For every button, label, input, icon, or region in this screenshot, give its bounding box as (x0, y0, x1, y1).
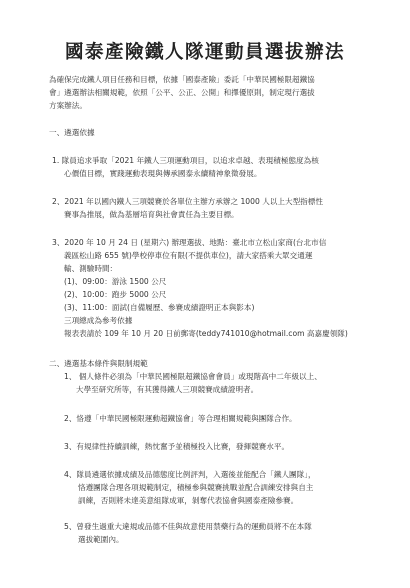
section-1-item-1-line-2: 心價值目標，實踐運動表現與傳承國泰永續精神象徵發展。 (64, 167, 261, 180)
section-2-item-4-line-1: 4、隊員遴選依據成績及品德態度比例評判，入選後並能配合「鐵人團隊」， (64, 468, 316, 481)
document-title: 國泰產險鐵人隊運動員選拔辦法 (0, 38, 410, 64)
document-page: 國泰產險鐵人隊運動員選拔辦法 為確保完成鐵人項目任務和目標，依據「國泰產險」委託… (0, 0, 410, 588)
section-2-item-5-line-1: 5、曾發生過重大違規或品德不佳與故意使用禁藥行為的運動員將不在本隊 (64, 520, 312, 533)
section-2-heading: 二、遴選基本條件與限制規範 (49, 357, 148, 370)
section-1-item-3-line-2: 義區松山路 655 號)學校停車位有限(不提供車位)，請大家搭乘大眾交通運 (64, 249, 312, 262)
section-2-item-5-line-2: 選拔範圍內。 (78, 533, 124, 546)
section-2-item-1-line-2: 大學至研究所等，有其獲得鐵人三項競賽成績證明者。 (76, 383, 258, 396)
schedule-run: (2)、10:00：跑步 5000 公尺 (64, 288, 166, 301)
section-2-item-4-line-3: 訓練，否則將未達美意組隊成軍，剝奪代表協會與國泰產險參賽。 (78, 494, 298, 507)
intro-line-2: 會」遴選辦法相關規範，依照「公平、公正、公開」和擇優原則，制定現行選拔 (49, 86, 369, 99)
schedule-swim: (1)、09:00：游泳 1500 公尺 (64, 275, 166, 288)
section-1-item-3-line-1: 3、2020 年 10 月 24 日 (星期六) 辦理選拔、地點：臺北市立松山家… (52, 236, 372, 249)
section-1-item-2-line-1: 2、2021 年以國內鐵人三項競賽於各單位主辦方承辦之 1000 人以上大型指標… (52, 195, 372, 208)
section-2-item-4-line-2: 恪遵團隊合理各項規範制定，積極參與競賽挑戰並配合訓練安排與自主 (78, 481, 313, 494)
section-1-item-2-line-2: 賽事為推展，做為基層培育與社會責任為主要目標。 (64, 208, 239, 221)
section-2-item-2: 2、恪遵「中華民國極限運動超鐵協會」等合理相關規範與團隊合作。 (64, 412, 297, 425)
report-deadline: 報表表請於 109 年 10 月 20 日前郵寄(teddy741010@hot… (64, 327, 348, 340)
schedule-note: 三項總成為參考依據 (64, 314, 132, 327)
section-2-item-1-line-1: 1、 個人條件必須為「中華民國極限超鐵協會會員」或現階高中二年級以上、 (64, 370, 322, 383)
section-1-item-3-line-3: 輸、測驗時間： (64, 262, 117, 275)
intro-line-1: 為確保完成鐵人項目任務和目標，依據「國泰產險」委託「中華民國極限超鐵協 (49, 73, 369, 86)
section-1-heading: 一、遴選依據 (49, 126, 95, 139)
schedule-interview: (3)、11:00：面試(自備履歷、參賽成績證明正本與影本) (64, 301, 254, 314)
intro-line-3: 方案辦法。 (49, 99, 369, 112)
section-2-item-3: 3、有規律性持續訓練，熱忱奮予並積極投入比賽，發揮競賽水平。 (64, 440, 289, 453)
section-1-item-1-line-1: 1. 隊員追求爭取「2021 年鐵人三項運動項目，以追求卓越、表現積極態度為核 (52, 154, 372, 167)
